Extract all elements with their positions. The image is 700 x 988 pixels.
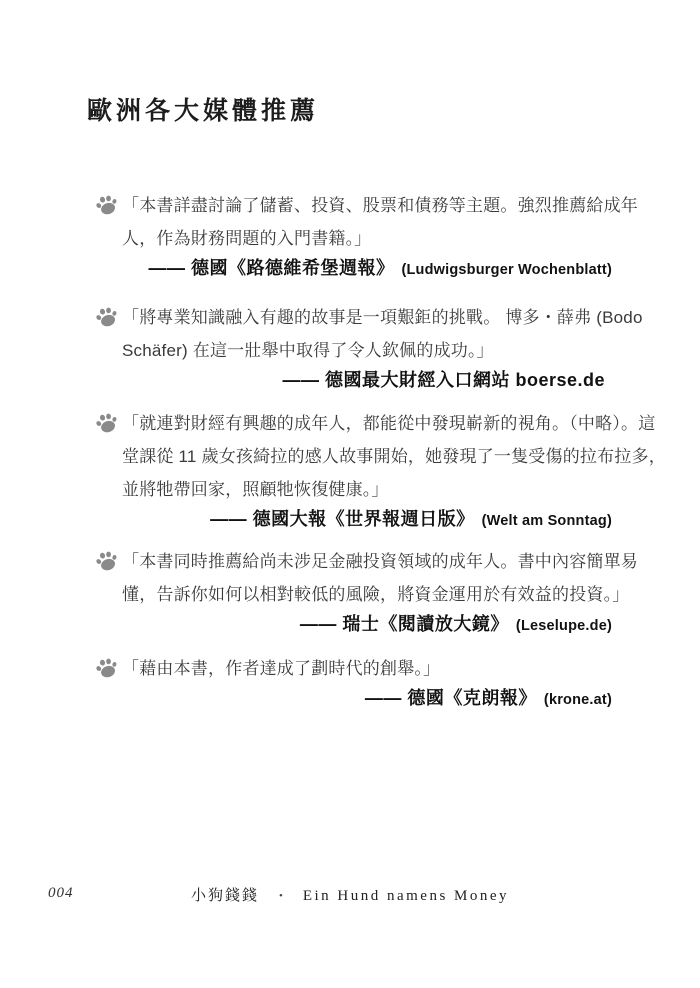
paw-print-icon [95,194,119,216]
quote-block: 「藉由本書，作者達成了劃時代的創舉。」 —— 德國《克朗報》(krone.at) [95,652,612,712]
book-page: 歐洲各大媒體推薦 「本書詳盡討論了儲蓄、投資、股票和債務等主題。強烈推薦給成年 … [0,0,700,988]
quote-attribution: —— 德國《克朗報》(krone.at) [122,686,612,712]
quote-block: 「本書同時推薦給尚未涉足金融投資領域的成年人。書中內容簡單易 懂，告訴你如何以相… [95,545,612,638]
dot-separator-icon: • [279,890,283,902]
attribution-original-name: (Ludwigsburger Wochenblatt) [401,262,612,278]
quote-text-line: 「將專業知識融入有趣的故事是一項艱鉅的挑戰。 博多・薛弗 (Bodo [122,301,612,334]
quote-text-line: 「就連對財經有興趣的成年人，都能從中發現嶄新的視角。（中略）。這 [122,407,612,440]
attribution-original-name: (krone.at) [544,692,612,708]
quote-block: 「就連對財經有興趣的成年人，都能從中發現嶄新的視角。（中略）。這 堂課從 11 … [95,407,612,533]
attribution-source: —— 德國大報《世界報週日版》 [210,509,475,529]
running-title: 小狗錢錢•Ein Hund namens Money [0,884,700,905]
quote-text-line: 並將牠帶回家，照顧牠恢復健康。」 [122,473,612,506]
quote-text-line: Schäfer) 在這一壯舉中取得了令人欽佩的成功。」 [122,334,612,367]
quote-block: 「將專業知識融入有趣的故事是一項艱鉅的挑戰。 博多・薛弗 (Bodo Schäf… [95,301,612,394]
quote-text-line: 人，作為財務問題的入門書籍。」 [122,222,612,255]
quote-attribution: —— 瑞士《閱讀放大鏡》(Leselupe.de) [122,612,612,638]
quote-text-line: 堂課從 11 歲女孩綺拉的感人故事開始，她發現了一隻受傷的拉布拉多， [122,440,612,473]
quote-attribution: —— 德國《路德維希堡週報》(Ludwigsburger Wochenblatt… [122,256,612,282]
paw-print-icon [95,550,119,572]
attribution-source: —— 德國《路德維希堡週報》 [148,258,394,278]
quote-text-line: 「本書同時推薦給尚未涉足金融投資領域的成年人。書中內容簡單易 [122,545,612,578]
quote-attribution: —— 德國大報《世界報週日版》(Welt am Sonntag) [122,507,612,533]
book-title-german: Ein Hund namens Money [303,888,509,904]
quote-text-line: 懂，告訴你如何以相對較低的風險，將資金運用於有效益的投資。」 [122,578,612,611]
attribution-source: —— 德國《克朗報》 [365,688,537,708]
quote-text-line: 「本書詳盡討論了儲蓄、投資、股票和債務等主題。強烈推薦給成年 [122,189,612,222]
attribution-original-name: (Welt am Sonntag) [482,513,612,529]
attribution-source: —— 瑞士《閱讀放大鏡》 [300,614,509,634]
page-title: 歐洲各大媒體推薦 [87,97,319,127]
quote-block: 「本書詳盡討論了儲蓄、投資、股票和債務等主題。強烈推薦給成年 人，作為財務問題的… [95,189,612,282]
page-footer: 004 小狗錢錢•Ein Hund namens Money [0,884,700,906]
attribution-original-name: (Leselupe.de) [516,618,612,634]
paw-print-icon [95,412,119,434]
paw-print-icon [95,657,119,679]
quote-text-line: 「藉由本書，作者達成了劃時代的創舉。」 [122,652,612,685]
book-title-chinese: 小狗錢錢 [191,888,259,904]
quote-attribution: —— 德國最大財經入口網站 boerse.de [122,368,612,394]
paw-print-icon [95,306,119,328]
page-number: 004 [48,885,74,902]
quote-list: 「本書詳盡討論了儲蓄、投資、股票和債務等主題。強烈推薦給成年 人，作為財務問題的… [95,189,612,712]
attribution-source: —— 德國最大財經入口網站 boerse.de [282,370,605,390]
